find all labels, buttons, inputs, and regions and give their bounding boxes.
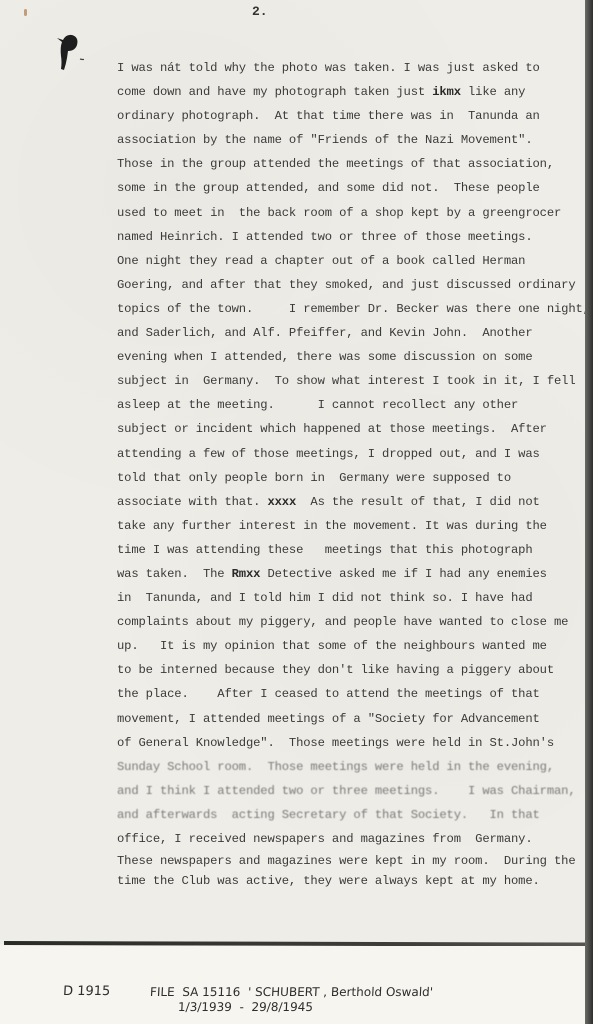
typed-line-text: topics of the town. I remember Dr. Becke… bbox=[117, 302, 590, 316]
margin-p-mark-icon bbox=[54, 32, 84, 76]
typed-line: of General Knowledge". Those meetings we… bbox=[117, 731, 587, 755]
typed-line: time the Club was active, they were alwa… bbox=[117, 871, 587, 891]
typed-line-text: asleep at the meeting. I cannot recollec… bbox=[117, 398, 518, 412]
typed-line: evening when I attended, there was some … bbox=[117, 345, 587, 369]
archive-reference: D 1915 bbox=[63, 984, 111, 999]
typed-line-text: complaints about my piggery, and people … bbox=[117, 615, 568, 629]
typed-line: attending a few of those meetings, I dro… bbox=[117, 442, 587, 466]
typed-line-text: association by the name of "Friends of t… bbox=[117, 133, 533, 147]
typed-line: named Heinrich. I attended two or three … bbox=[117, 225, 587, 249]
typed-line-text: and Saderlich, and Alf. Pfeiffer, and Ke… bbox=[117, 326, 533, 340]
typed-line: subject or incident which happened at th… bbox=[117, 417, 587, 441]
typed-line: used to meet in the back room of a shop … bbox=[117, 201, 587, 225]
typed-line: and afterwards acting Secretary of that … bbox=[117, 803, 587, 827]
typed-line-text: Those in the group attended the meetings… bbox=[117, 157, 554, 171]
typed-line-text: subject in Germany. To show what interes… bbox=[117, 374, 575, 388]
typed-line-text: One night they read a chapter out of a b… bbox=[117, 254, 525, 268]
typed-line: come down and have my photograph taken j… bbox=[117, 80, 587, 104]
typed-line-text: come down and have my photograph taken j… bbox=[117, 85, 432, 99]
typed-line: association by the name of "Friends of t… bbox=[117, 128, 587, 152]
typed-line-text: subject or incident which happened at th… bbox=[117, 422, 547, 436]
typed-line-text: Goering, and after that they smoked, and… bbox=[117, 278, 575, 292]
typed-line-text: Detective asked me if I had any enemies bbox=[260, 567, 547, 581]
typed-line-text: associate with that. bbox=[117, 495, 267, 509]
typed-line: Sunday School room. Those meetings were … bbox=[117, 755, 587, 779]
typed-line: to be interned because they don't like h… bbox=[117, 658, 587, 682]
typed-statement-body: I was nát told why the photo was taken. … bbox=[117, 56, 587, 891]
typed-line-text: the place. After I ceased to attend the … bbox=[117, 687, 540, 701]
typed-line-text: told that only people born in Germany we… bbox=[117, 471, 511, 485]
typed-line: Those in the group attended the meetings… bbox=[117, 152, 587, 176]
typed-line: complaints about my piggery, and people … bbox=[117, 610, 587, 634]
typed-line: and I think I attended two or three meet… bbox=[117, 779, 587, 803]
typed-line-text: used to meet in the back room of a shop … bbox=[117, 206, 561, 220]
struck-out-text: ikmx bbox=[432, 85, 461, 99]
typed-line: the place. After I ceased to attend the … bbox=[117, 682, 587, 706]
typed-line: One night they read a chapter out of a b… bbox=[117, 249, 587, 273]
typed-line-text: As the result of that, I did not bbox=[296, 495, 540, 509]
struck-out-text: xxxx bbox=[267, 495, 296, 509]
typed-line: take any further interest in the movemen… bbox=[117, 514, 587, 538]
typed-line-text: was taken. The bbox=[117, 567, 232, 581]
typed-line: These newspapers and magazines were kept… bbox=[117, 851, 587, 871]
typed-line: was taken. The Rmxx Detective asked me i… bbox=[117, 562, 587, 586]
typed-line: time I was attending these meetings that… bbox=[117, 538, 587, 562]
typed-line: movement, I attended meetings of a "Soci… bbox=[117, 707, 587, 731]
page-number: 2. bbox=[252, 4, 268, 19]
typed-line: office, I received newspapers and magazi… bbox=[117, 827, 587, 851]
typed-line: topics of the town. I remember Dr. Becke… bbox=[117, 297, 587, 321]
typed-line-text: These newspapers and magazines were kept… bbox=[117, 854, 575, 868]
archive-file-label: FILE SA 15116 ' SCHUBERT , Berthold Oswa… bbox=[150, 985, 434, 999]
typed-line-text: evening when I attended, there was some … bbox=[117, 350, 533, 364]
typed-line: ordinary photograph. At that time there … bbox=[117, 104, 587, 128]
paper-stain bbox=[24, 9, 27, 16]
typed-line-text: named Heinrich. I attended two or three … bbox=[117, 230, 533, 244]
typed-line-text: and I think I attended two or three meet… bbox=[117, 784, 575, 798]
archive-date-range: 1/3/1939 - 29/8/1945 bbox=[178, 1000, 314, 1014]
typed-line-text: up. It is my opinion that some of the ne… bbox=[117, 639, 547, 653]
typed-line: Goering, and after that they smoked, and… bbox=[117, 273, 587, 297]
typed-line-text: attending a few of those meetings, I dro… bbox=[117, 447, 540, 461]
typed-line: told that only people born in Germany we… bbox=[117, 466, 587, 490]
typed-line: in Tanunda, and I told him I did not thi… bbox=[117, 586, 587, 610]
typed-line-text: to be interned because they don't like h… bbox=[117, 663, 554, 677]
typed-line: I was nát told why the photo was taken. … bbox=[117, 56, 587, 80]
typed-line-text: take any further interest in the movemen… bbox=[117, 519, 547, 533]
struck-out-text: Rmxx bbox=[232, 567, 261, 581]
typed-line-text: I was nát told why the photo was taken. … bbox=[117, 61, 540, 75]
typed-line-text: Sunday School room. Those meetings were … bbox=[117, 760, 554, 774]
typed-line-text: in Tanunda, and I told him I did not thi… bbox=[117, 591, 533, 605]
typed-line: subject in Germany. To show what interes… bbox=[117, 369, 587, 393]
typed-line: asleep at the meeting. I cannot recollec… bbox=[117, 393, 587, 417]
binding-strip bbox=[585, 0, 593, 1024]
typed-line-text: time I was attending these meetings that… bbox=[117, 543, 533, 557]
typed-line: and Saderlich, and Alf. Pfeiffer, and Ke… bbox=[117, 321, 587, 345]
typed-line: some in the group attended, and some did… bbox=[117, 176, 587, 200]
typed-line-text: time the Club was active, they were alwa… bbox=[117, 874, 540, 888]
typed-line-text: like any bbox=[461, 85, 525, 99]
typed-line-text: and afterwards acting Secretary of that … bbox=[117, 808, 540, 822]
typed-page: 2. I was nát told why the photo was take… bbox=[0, 0, 585, 944]
typed-line: up. It is my opinion that some of the ne… bbox=[117, 634, 587, 658]
typed-line-text: some in the group attended, and some did… bbox=[117, 181, 540, 195]
typed-line-text: office, I received newspapers and magazi… bbox=[117, 832, 533, 846]
typed-line-text: movement, I attended meetings of a "Soci… bbox=[117, 712, 540, 726]
typed-line: associate with that. xxxx As the result … bbox=[117, 490, 587, 514]
typed-line-text: ordinary photograph. At that time there … bbox=[117, 109, 540, 123]
typed-line-text: of General Knowledge". Those meetings we… bbox=[117, 736, 554, 750]
